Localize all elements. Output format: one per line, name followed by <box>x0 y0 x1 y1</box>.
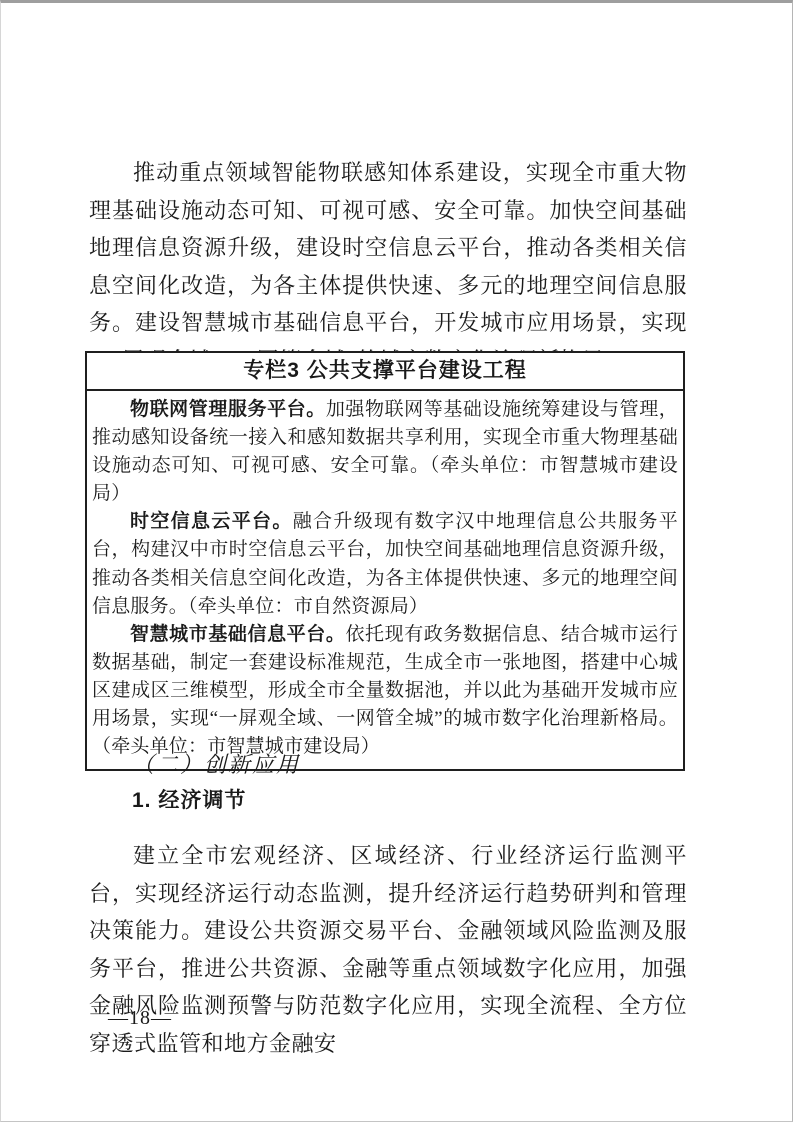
box-item-spatiotemporal-cloud: 时空信息云平台。融合升级现有数字汉中地理信息公共服务平台，构建汉中市时空信息云平… <box>92 508 678 620</box>
document-page: 推动重点领域智能物联感知体系建设，实现全市重大物理基础设施动态可知、可视可感、安… <box>0 0 793 1122</box>
box-item-lead: 智慧城市基础信息平台。 <box>130 624 345 645</box>
feature-box-title: 专栏3 公共支撑平台建设工程 <box>87 353 683 391</box>
body-paragraph-1: 推动重点领域智能物联感知体系建设，实现全市重大物理基础设施动态可知、可视可感、安… <box>89 154 687 380</box>
box-item-lead: 时空信息云平台。 <box>130 511 293 532</box>
box-item-lead: 物联网管理服务平台。 <box>130 399 326 420</box>
page-number: —18— <box>108 1006 172 1030</box>
sub-heading-economic-regulation: 1. 经济调节 <box>132 788 246 814</box>
body-paragraph-2: 建立全市宏观经济、区域经济、行业经济运行监测平台，实现经济运行动态监测，提升经济… <box>89 837 687 1063</box>
section-heading-innovation-application: （二）创新应用 <box>132 752 300 778</box>
box-item-iot-platform: 物联网管理服务平台。加强物联网等基础设施统筹建设与管理，推动感知设备统一接入和感… <box>92 396 678 508</box>
feature-box-column3: 专栏3 公共支撑平台建设工程 物联网管理服务平台。加强物联网等基础设施统筹建设与… <box>85 351 685 771</box>
feature-box-content: 物联网管理服务平台。加强物联网等基础设施统筹建设与管理，推动感知设备统一接入和感… <box>87 391 683 769</box>
box-item-smartcity-base-info: 智慧城市基础信息平台。依托现有政务数据信息、结合城市运行数据基础，制定一套建设标… <box>92 621 678 761</box>
